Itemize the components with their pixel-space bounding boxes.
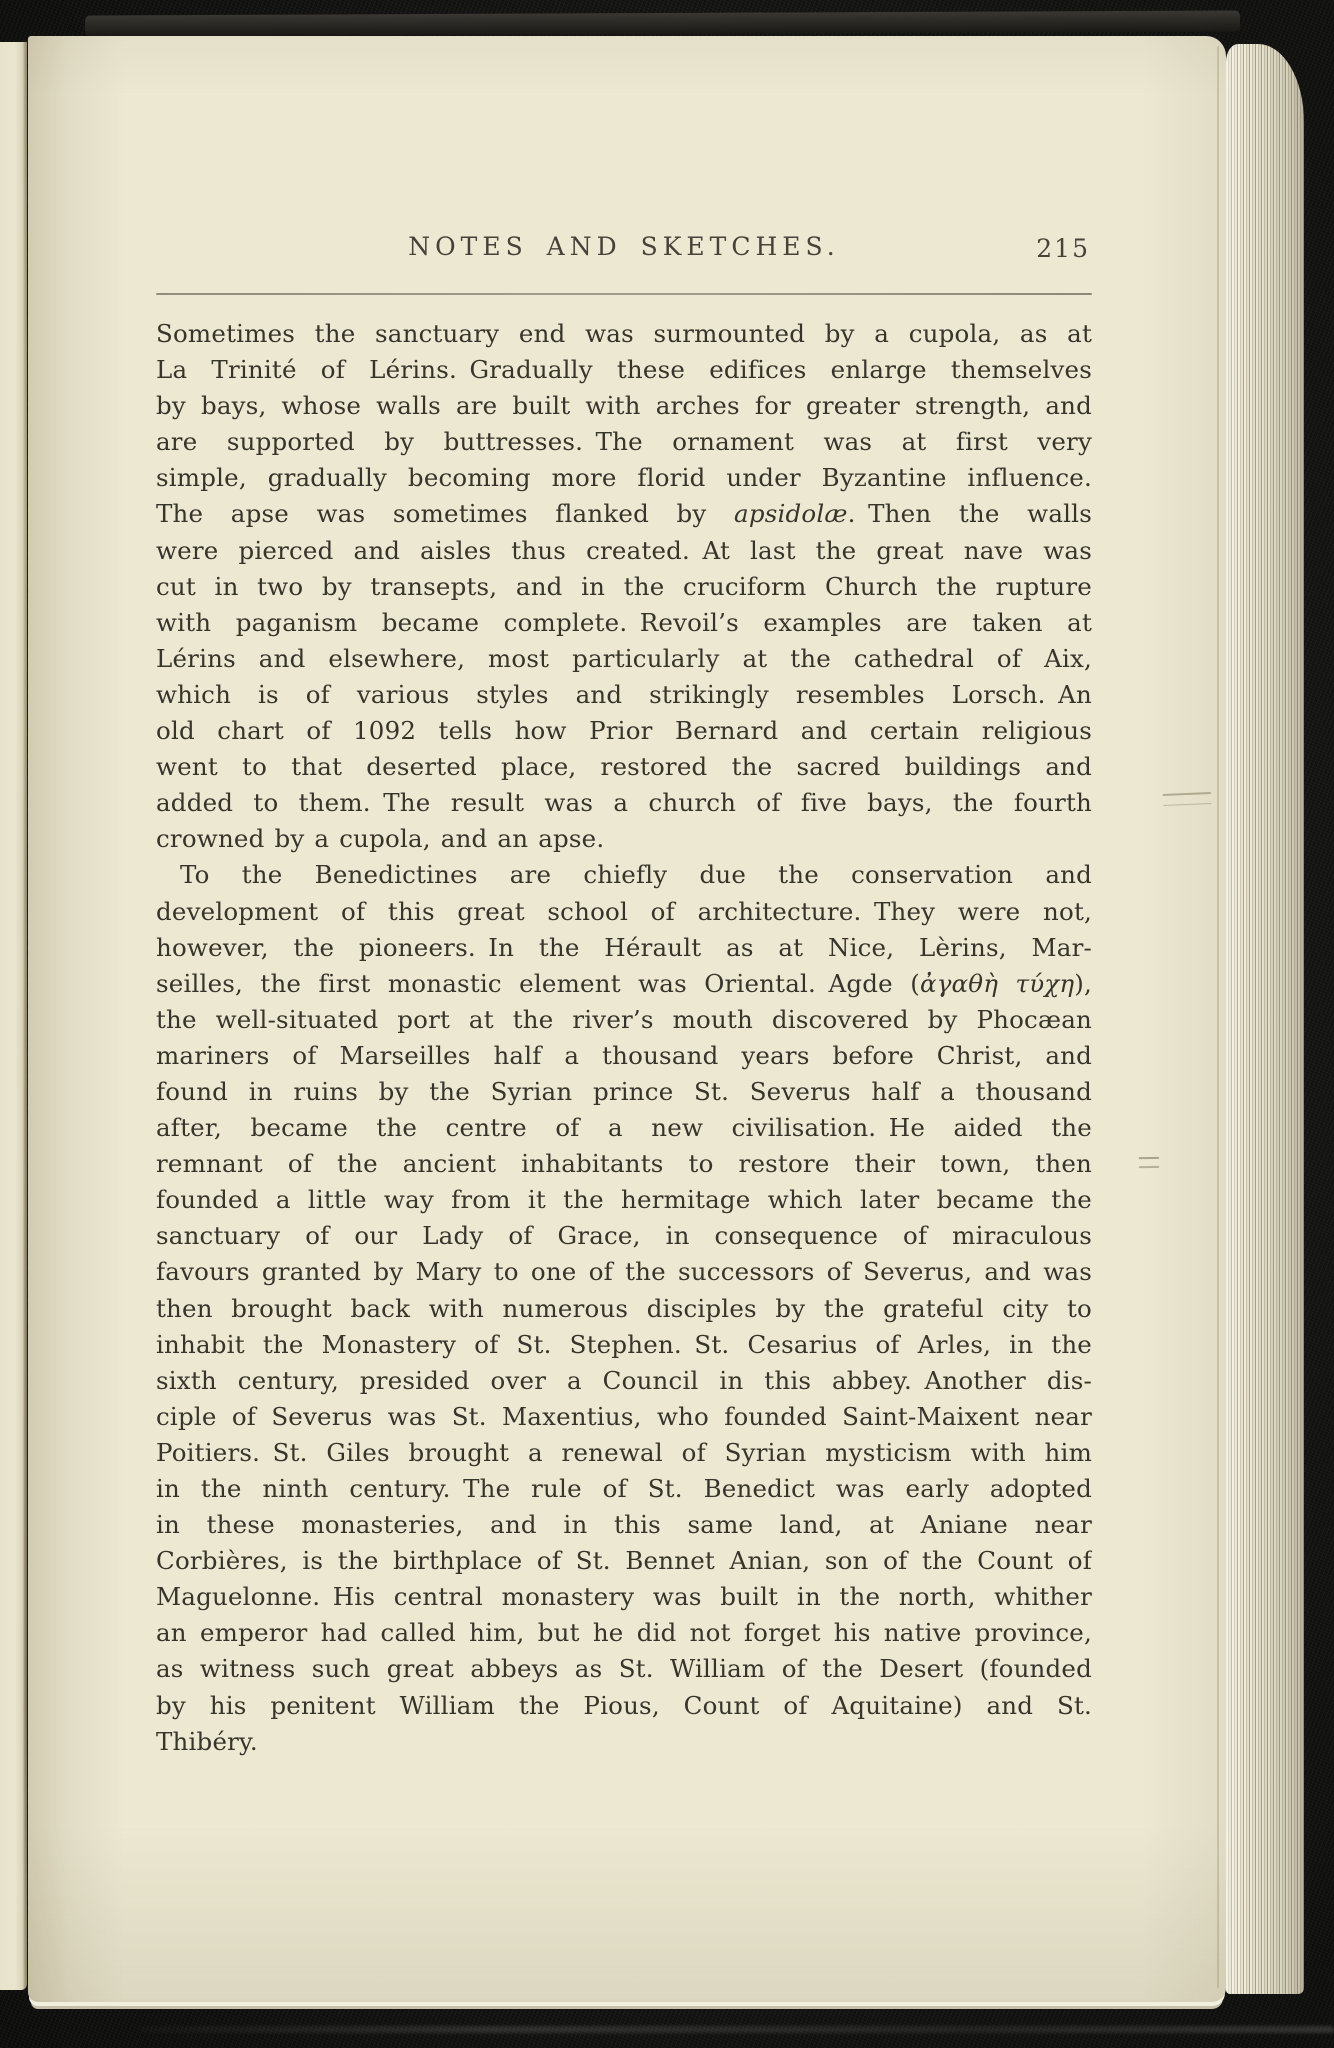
facing-page-edge	[0, 42, 27, 1990]
text-line: To the Benedictines are chiefly due the …	[156, 857, 1092, 893]
text-segment: ciple of Severus was St. Maxentius, who …	[156, 1402, 1092, 1431]
text-line: Sometimes the sanctuary end was surmount…	[156, 316, 1092, 352]
text-line: after, became the centre of a new civili…	[156, 1110, 1092, 1146]
text-segment: after, became the centre of a new civili…	[156, 1113, 1092, 1142]
text-segment: simple, gradually becoming more florid u…	[156, 463, 1092, 492]
text-segment: which is of various styles and strikingl…	[156, 680, 1092, 709]
text-segment: Maguelonne. His central monastery was bu…	[156, 1582, 1092, 1611]
header-rule	[156, 293, 1092, 295]
text-line: added to them. The result was a church o…	[156, 785, 1092, 821]
text-line: Corbières, is the birthplace of St. Benn…	[156, 1543, 1092, 1579]
text-segment: in these monasteries, and in this same l…	[156, 1510, 1092, 1539]
text-segment: cut in two by transepts, and in the cruc…	[156, 572, 1092, 601]
text-line: are supported by buttresses. The ornamen…	[156, 424, 1092, 460]
page-edge-line	[1217, 46, 1219, 1988]
text-line: cut in two by transepts, and in the cruc…	[156, 569, 1092, 605]
text-segment: development of this great school of arch…	[156, 897, 1092, 926]
text-line: The apse was sometimes flanked by apsido…	[156, 496, 1092, 532]
page-number: 215	[1036, 234, 1090, 263]
text-segment: then brought back with numerous disciple…	[156, 1294, 1092, 1323]
page-header: NOTES AND SKETCHES. 215	[156, 232, 1092, 268]
pencil-mark	[1163, 792, 1211, 806]
text-line: simple, gradually becoming more florid u…	[156, 460, 1092, 496]
text-segment: seilles, the first monastic element was …	[156, 969, 920, 998]
text-line: inhabit the Monastery of St. Stephen. St…	[156, 1327, 1092, 1363]
cover-gloss-highlight	[140, 2026, 1334, 2033]
text-segment: favours granted by Mary to one of the su…	[156, 1257, 1092, 1286]
fore-edge-pages	[1226, 44, 1304, 1994]
text-segment: The apse was sometimes flanked by	[156, 499, 734, 528]
text-segment: found in ruins by the Syrian prince St. …	[156, 1077, 1092, 1106]
text-segment: went to that deserted place, restored th…	[156, 752, 1092, 781]
text-segment: an emperor had called him, but he did no…	[156, 1618, 1092, 1647]
text-segment: sanctuary of our Lady of Grace, in conse…	[156, 1221, 1092, 1250]
text-line: remnant of the ancient inhabitants to re…	[156, 1146, 1092, 1182]
text-segment: La Trinité of Lérins. Gradually these ed…	[156, 355, 1092, 384]
text-segment: crowned by a cupola, and an apse.	[156, 824, 604, 853]
text-line: however, the pioneers. In the Hérault as…	[156, 930, 1092, 966]
text-segment: old chart of 1092 tells how Prior Bernar…	[156, 716, 1092, 745]
text-segment: . Then the walls	[848, 499, 1092, 528]
text-segment: Lérins and elsewhere, most particularly …	[156, 644, 1092, 673]
text-segment: inhabit the Monastery of St. Stephen. St…	[156, 1330, 1092, 1359]
body-text: Sometimes the sanctuary end was surmount…	[156, 316, 1092, 1760]
text-segment: with paganism became complete. Revoil’s …	[156, 608, 1092, 637]
text-line: sanctuary of our Lady of Grace, in conse…	[156, 1218, 1092, 1254]
text-line: with paganism became complete. Revoil’s …	[156, 605, 1092, 641]
text-segment: were pierced and aisles thus created. At…	[156, 536, 1092, 565]
book-cover-top-ridge	[85, 10, 1240, 36]
text-segment: Corbières, is the birthplace of St. Benn…	[156, 1546, 1092, 1575]
text-line: founded a little way from it the hermita…	[156, 1182, 1092, 1218]
text-line: in these monasteries, and in this same l…	[156, 1507, 1092, 1543]
text-line: found in ruins by the Syrian prince St. …	[156, 1074, 1092, 1110]
text-segment: by bays, whose walls are built with arch…	[156, 391, 1092, 420]
text-line: by his penitent William the Pious, Count…	[156, 1688, 1092, 1724]
text-segment: Thibéry.	[156, 1727, 258, 1756]
text-line: Maguelonne. His central monastery was bu…	[156, 1579, 1092, 1615]
text-line: which is of various styles and strikingl…	[156, 677, 1092, 713]
text-line: Poitiers. St. Giles brought a renewal of…	[156, 1435, 1092, 1471]
text-line: ciple of Severus was St. Maxentius, who …	[156, 1399, 1092, 1435]
text-segment: however, the pioneers. In the Hérault as…	[156, 933, 1092, 962]
pencil-mark	[1139, 1157, 1159, 1168]
text-segment: mariners of Marseilles half a thousand y…	[156, 1041, 1092, 1070]
text-line: crowned by a cupola, and an apse.	[156, 821, 1092, 857]
text-segment: ),	[1074, 969, 1092, 998]
text-segment: Poitiers. St. Giles brought a renewal of…	[156, 1438, 1092, 1467]
text-segment: as witness such great abbeys as St. Will…	[156, 1654, 1092, 1683]
text-line: went to that deserted place, restored th…	[156, 749, 1092, 785]
text-segment: To the Benedictines are chiefly due the …	[180, 860, 1092, 889]
text-line: La Trinité of Lérins. Gradually these ed…	[156, 352, 1092, 388]
text-line: as witness such great abbeys as St. Will…	[156, 1651, 1092, 1687]
text-segment: are supported by buttresses. The ornamen…	[156, 427, 1092, 456]
text-line: then brought back with numerous disciple…	[156, 1291, 1092, 1327]
text-segment: remnant of the ancient inhabitants to re…	[156, 1149, 1092, 1178]
text-line: an emperor had called him, but he did no…	[156, 1615, 1092, 1651]
italic-text: ἀγαθὴ τύχη	[920, 969, 1074, 998]
book-scan-photo: { "page": { "header": { "title": "NOTES …	[0, 0, 1334, 2048]
text-segment: by his penitent William the Pious, Count…	[156, 1691, 1092, 1720]
italic-text: apsidolæ	[734, 499, 848, 528]
text-segment: sixth century, presided over a Council i…	[156, 1366, 1092, 1395]
text-line: development of this great school of arch…	[156, 894, 1092, 930]
text-line: in the ninth century. The rule of St. Be…	[156, 1471, 1092, 1507]
text-segment: in the ninth century. The rule of St. Be…	[156, 1474, 1092, 1503]
text-line: Thibéry.	[156, 1724, 1092, 1760]
running-title: NOTES AND SKETCHES.	[156, 232, 1092, 261]
text-line: were pierced and aisles thus created. At…	[156, 533, 1092, 569]
book-page: NOTES AND SKETCHES. 215 Sometimes the sa…	[28, 36, 1226, 2002]
text-line: old chart of 1092 tells how Prior Bernar…	[156, 713, 1092, 749]
text-line: by bays, whose walls are built with arch…	[156, 388, 1092, 424]
text-line: mariners of Marseilles half a thousand y…	[156, 1038, 1092, 1074]
text-line: seilles, the first monastic element was …	[156, 966, 1092, 1002]
text-line: the well-situated port at the river’s mo…	[156, 1002, 1092, 1038]
text-line: favours granted by Mary to one of the su…	[156, 1254, 1092, 1290]
text-line: sixth century, presided over a Council i…	[156, 1363, 1092, 1399]
text-segment: added to them. The result was a church o…	[156, 788, 1092, 817]
text-segment: the well-situated port at the river’s mo…	[156, 1005, 1092, 1034]
text-segment: Sometimes the sanctuary end was surmount…	[156, 319, 1092, 348]
text-segment: founded a little way from it the hermita…	[156, 1185, 1092, 1214]
text-line: Lérins and elsewhere, most particularly …	[156, 641, 1092, 677]
